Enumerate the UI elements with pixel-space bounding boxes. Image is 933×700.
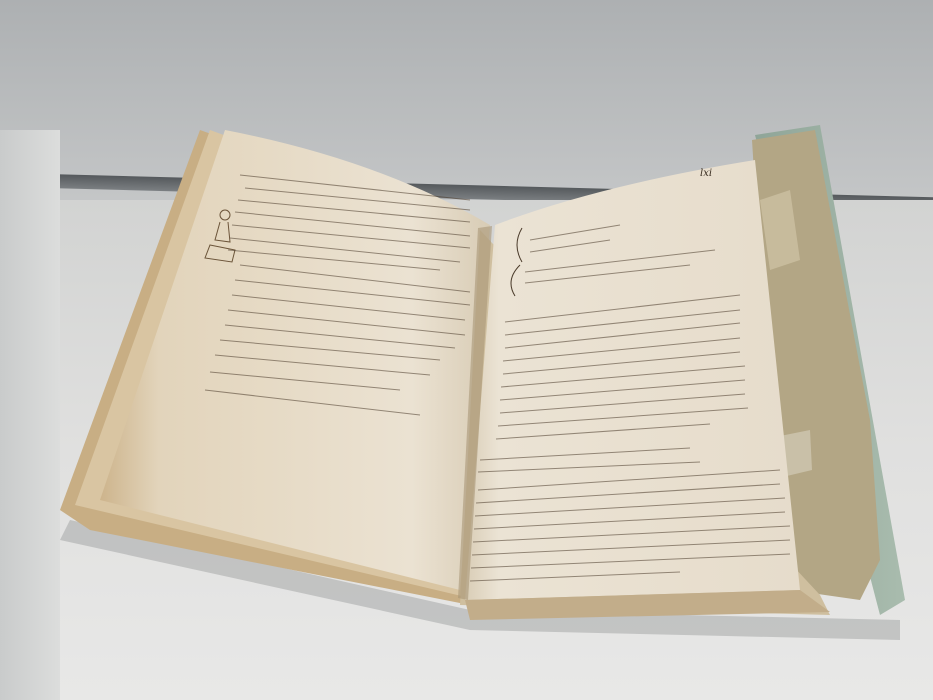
folio-number: lxi (700, 168, 712, 179)
open-manuscript-book (0, 0, 933, 700)
